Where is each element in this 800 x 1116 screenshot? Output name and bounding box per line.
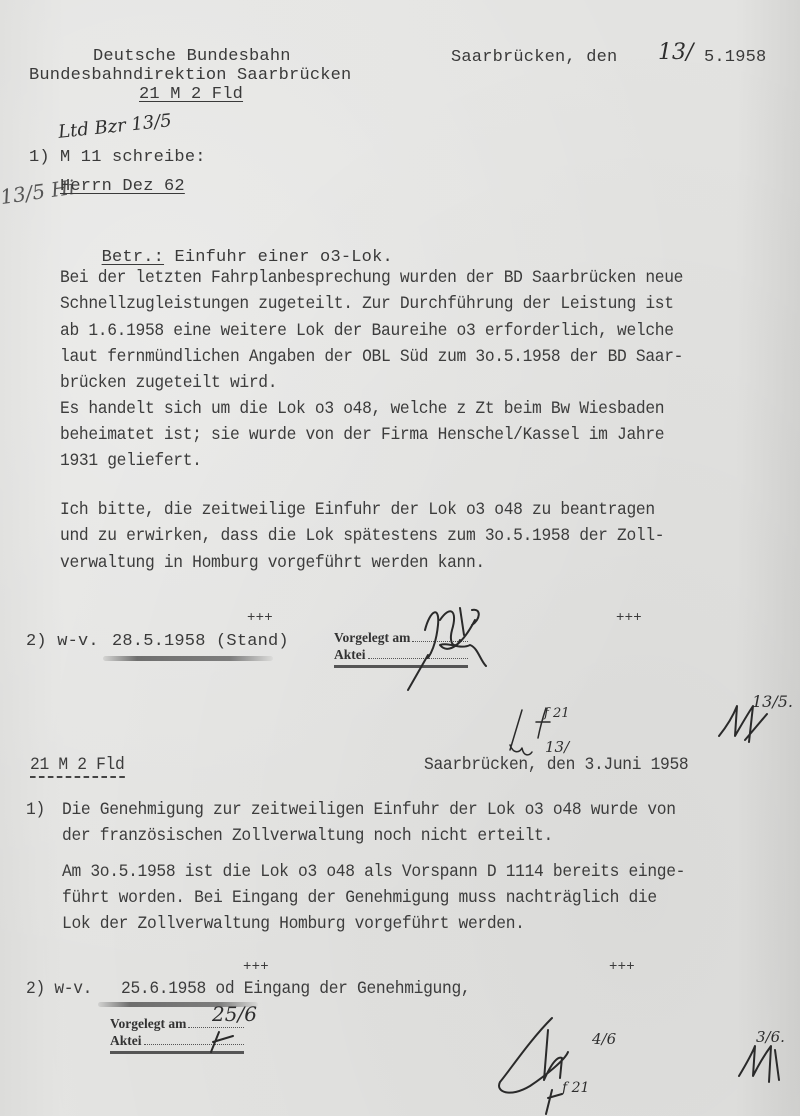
sender-line-1: Deutsche Bundesbahn	[93, 47, 291, 67]
handnote-date-2: 13/	[545, 738, 569, 756]
initials-date: 13/5.	[752, 692, 793, 711]
aktei-label: Aktei	[334, 647, 366, 663]
subject-text: Einfuhr einer o3-Lok.	[174, 248, 392, 267]
body-line: Ich bitte, die zeitweilige Einfuhr der L…	[60, 500, 655, 520]
separator: +++	[609, 957, 635, 977]
body-line: Bei der letzten Fahrplanbesprechung wurd…	[60, 268, 683, 288]
subject-label: Betr.:	[102, 248, 164, 267]
body-line: beheimatet ist; sie wurde von der Firma …	[60, 425, 664, 445]
recipient: Herrn Dez 62	[60, 177, 185, 197]
document-page: Deutsche Bundesbahn Bundesbahndirektion …	[0, 0, 800, 1116]
initials-date-2: 3/6.	[756, 1028, 785, 1046]
body-line: und zu erwirken, dass die Lok spätestens…	[60, 526, 664, 546]
stamp-mark-2	[205, 1030, 245, 1055]
aktei-label: Aktei	[110, 1033, 142, 1049]
item-1-label: 1)	[29, 148, 50, 168]
body-line: laut fernmündlichen Angaben der OBL Süd …	[60, 347, 683, 367]
handwritten-day: 13/	[658, 40, 693, 65]
body-line: führt worden. Bei Eingang der Genehmigun…	[62, 888, 657, 908]
signature-stamp-1	[400, 600, 500, 695]
body-line: Schnellzugleistungen zugeteilt. Zur Durc…	[60, 294, 674, 314]
item-2-text-2: 25.6.1958 od Eingang der Genehmigung,	[121, 979, 470, 999]
handnote-top: Ltd Bzr 13/5	[57, 110, 172, 143]
date-line-2: Saarbrücken, den 3.Juni 1958	[424, 755, 688, 775]
pencil-underline	[103, 656, 273, 661]
signature-mark-text: f 21	[544, 706, 570, 721]
sender-line-2: Bundesbahndirektion Saarbrücken	[29, 66, 351, 86]
item-1-label-2: 1)	[26, 800, 45, 820]
body-line: 1931 geliefert.	[60, 451, 202, 471]
item-1-text: M 11 schreibe:	[60, 148, 206, 168]
body-line: brücken zugeteilt wird.	[60, 373, 277, 393]
vorgelegt-label: Vorgelegt am	[110, 1016, 186, 1032]
body-line: Die Genehmigung zur zeitweiligen Einfuhr…	[62, 800, 676, 820]
signature-main	[490, 1010, 600, 1116]
stamp-handwritten-date-2: 25/6	[212, 1002, 257, 1026]
item-2-label: 2) w-v.	[26, 632, 99, 652]
reference-number-2: 21 M 2 Fld	[30, 755, 124, 778]
date-prefix: Saarbrücken, den	[451, 48, 617, 68]
body-line: verwaltung in Homburg vorgeführt werden …	[60, 553, 485, 573]
body-line: Am 3o.5.1958 ist die Lok o3 o48 als Vors…	[62, 862, 685, 882]
reference-number: 21 M 2 Fld	[139, 85, 243, 105]
signature-date: 4/6	[592, 1030, 616, 1048]
separator: +++	[243, 957, 269, 977]
date-suffix: 5.1958	[704, 48, 766, 68]
body-line: ab 1.6.1958 eine weitere Lok der Baureih…	[60, 321, 674, 341]
body-line: Lok der Zollverwaltung Homburg vorgeführ…	[62, 914, 525, 934]
body-line: Es handelt sich um die Lok o3 o48, welch…	[60, 399, 664, 419]
item-2-date: 28.5.1958 (Stand)	[112, 632, 289, 652]
signature-sub: f 21	[562, 1080, 589, 1096]
separator: +++	[616, 608, 642, 628]
separator: +++	[247, 608, 273, 628]
vorgelegt-label: Vorgelegt am	[334, 630, 410, 646]
body-line: der französischen Zollverwaltung noch ni…	[62, 826, 553, 846]
item-2-label-2: 2) w-v.	[26, 979, 92, 999]
